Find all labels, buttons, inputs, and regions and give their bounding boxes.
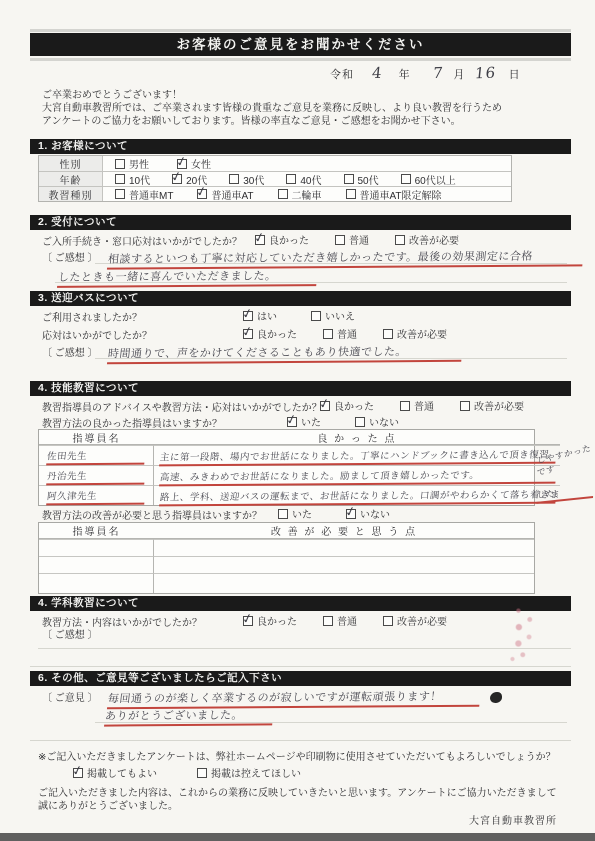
empty-cell [154, 539, 534, 556]
choice-40代: 40代 [286, 172, 321, 187]
good-table-point-header: 良 か っ た 点 [154, 430, 560, 445]
choice-普通車MT: 普通車MT [115, 187, 173, 202]
option-label: 良かった [257, 326, 297, 341]
choice-男性: 男性 [115, 156, 149, 171]
option-label: 良かった [257, 613, 297, 628]
checkbox-icon [335, 235, 345, 245]
instructor-point-cell: 主に第一段階、場内でお世話になりました。丁寧にハンドブックに書き込んで頂き復習 [154, 445, 560, 465]
checkbox-checked-icon [243, 616, 253, 626]
row-label-gender: 性別 [39, 156, 103, 171]
option-label: 良かった [269, 232, 309, 247]
checkbox-icon [278, 189, 288, 199]
reception-comment-row-2: したときも一緒に喜んでいただきました。 [58, 267, 317, 287]
checkbox-icon [278, 509, 288, 519]
smiley-scribble-icon [490, 692, 502, 703]
instructor-name-cell: 丹治先生 [39, 465, 154, 485]
option-label: 60代以上 [415, 172, 456, 187]
option-label: 掲載は控えてほしい [211, 765, 301, 780]
instructor-point-2: 高速、みきわめでお世話になりました。励まして頂き嬉しかったです。 [159, 467, 557, 487]
checkbox-icon [400, 401, 410, 411]
reception-question-row: ご入所手続き・窓口応対はいかがでしたか？ 良かった普通改善が必要 [42, 232, 562, 245]
publish-options: 掲載してもよい掲載は控えてほしい [73, 765, 301, 780]
option-label: 普通車AT限定解除 [360, 187, 442, 202]
scan-shadow-bottom [30, 58, 571, 61]
closing-line-2: 誠にありがとうございました。 [38, 801, 178, 814]
checkbox-icon [401, 174, 411, 184]
academic-comment-label: 〔 ご感想 〕 [42, 630, 98, 643]
course-type-options: 普通車MT普通車AT二輪車普通車AT限定解除 [103, 186, 511, 201]
skill-q3-row: 教習方法の改善が必要と思う指導員はいますか？ いたいない [42, 506, 572, 519]
checkbox-icon [311, 311, 321, 321]
section-academic-heading: 4. 学科教習について [30, 596, 571, 611]
date-month-unit: 月 [453, 69, 465, 81]
date-month-handwritten: 7 [432, 64, 444, 82]
choice-二輪車: 二輪車 [278, 187, 322, 202]
option-label: いない [360, 506, 390, 521]
option-label: 改善が必要 [409, 232, 459, 247]
checkbox-checked-icon [287, 417, 297, 427]
bus-comment-row: 〔 ご感想 〕 時間通りで、声をかけてくださることもあり快適でした。 [42, 343, 462, 363]
writing-rule [30, 666, 571, 667]
choice-10代: 10代 [115, 172, 150, 187]
customer-info-table: 性別 男性女性 年齢 10代20代30代40代50代60代以上 教習種別 普通車… [38, 155, 512, 202]
other-comment-line-2: ありがとうございました。 [104, 706, 274, 726]
option-label: 40代 [300, 172, 321, 187]
checkbox-icon [197, 768, 207, 778]
choice-いた: いた [278, 506, 312, 521]
option-label: 改善が必要 [397, 613, 447, 628]
date-year-handwritten: 4 [371, 64, 383, 82]
skill-q3: 教習方法の改善が必要と思う指導員はいますか？ [42, 511, 262, 522]
skill-q1-options: 良かった普通改善が必要 [320, 398, 524, 413]
checkbox-icon [460, 401, 470, 411]
option-label: いた [292, 506, 312, 521]
instructor-name-cell: 阿久津先生 [39, 485, 154, 505]
choice-はい: はい [243, 308, 277, 323]
skill-q3-options: いたいない [278, 506, 390, 521]
reception-comment-line-2: したときも一緒に喜んでいただきました。 [57, 267, 318, 288]
option-label: 10代 [129, 172, 150, 187]
intro-line-1: ご卒業おめでとうございます！ [42, 90, 182, 103]
choice-良かった: 良かった [255, 232, 309, 247]
checkbox-icon [115, 159, 125, 169]
choice-良かった: 良かった [320, 398, 374, 413]
writing-rule [38, 648, 571, 649]
option-label: 掲載してもよい [87, 765, 157, 780]
skill-q2-options: いたいない [287, 414, 399, 429]
intro-line-2: 大宮自動車教習所では、ご卒業されます皆様の貴重なご意見を業務に反映し、より良い教… [42, 103, 502, 116]
instructor-point-cell: 高速、みきわめでお世話になりました。励まして頂き嬉しかったです。 [154, 465, 560, 485]
bus-comment-label: 〔 ご感想 〕 [42, 348, 98, 359]
section-other-heading: 6. その他、ご意見等ございましたらご記入下さい [30, 671, 571, 686]
option-label: 普通 [337, 613, 357, 628]
good-table-name-header: 指導員名 [39, 430, 154, 445]
choice-普通: 普通 [323, 326, 357, 341]
bus-used-row: ご利用されましたか？ はいいいえ [42, 308, 562, 321]
reception-question: ご入所手続き・窓口応対はいかがでしたか？ [42, 237, 242, 248]
choice-改善が必要: 改善が必要 [383, 613, 447, 628]
choice-良かった: 良かった [243, 613, 297, 628]
handwriting-overflow-notes: しやすかった です した。 [537, 448, 593, 501]
choice-30代: 30代 [229, 172, 264, 187]
choice-改善が必要: 改善が必要 [383, 326, 447, 341]
instructor-name-2: 丹治先生 [46, 468, 146, 486]
checkbox-icon [344, 174, 354, 184]
choice-普通: 普通 [323, 613, 357, 628]
option-label: 普通車MT [129, 187, 173, 202]
academic-question-row: 教習方法・内容はいかがでしたか？ 良かった普通改善が必要 [42, 613, 562, 626]
choice-普通: 普通 [335, 232, 369, 247]
publish-question: ※ご記入いただきましたアンケートは、弊社ホームページや印刷物に使用させていただい… [38, 752, 556, 765]
date-era-label: 令和 [330, 69, 354, 81]
overflow-line-3: した。 [536, 483, 593, 504]
option-label: 30代 [243, 172, 264, 187]
checkbox-icon [383, 329, 393, 339]
date-day-handwritten: 16 [474, 64, 497, 83]
bus-used-question: ご利用されましたか？ [42, 313, 142, 324]
form-title: お客様のご意見をお聞かせください [30, 33, 571, 56]
bus-used-options: はいいいえ [243, 308, 355, 323]
choice-50代: 50代 [344, 172, 379, 187]
checkbox-checked-icon [172, 174, 182, 184]
survey-form-scan: お客様のご意見をお聞かせください 令和 4 年 7 月 16 日 ご卒業おめでと… [0, 0, 595, 841]
academic-question: 教習方法・内容はいかがでしたか？ [42, 618, 202, 629]
empty-cell [39, 573, 154, 593]
section-skill-heading: 4. 技能教習について [30, 381, 571, 396]
section-reception-heading: 2. 受付について [30, 215, 571, 230]
option-label: はい [257, 308, 277, 323]
checkbox-icon [323, 616, 333, 626]
reception-options: 良かった普通改善が必要 [255, 232, 459, 247]
skill-q2-row: 教習方法の良かった指導員はいますか？ いたいない [42, 414, 572, 427]
option-label: 二輪車 [292, 187, 322, 202]
row-label-age: 年齢 [39, 171, 103, 186]
option-label: 良かった [334, 398, 374, 413]
option-label: 普通 [414, 398, 434, 413]
empty-cell [154, 573, 534, 593]
checkbox-icon [395, 235, 405, 245]
choice-いいえ: いいえ [311, 308, 355, 323]
option-label: 50代 [358, 172, 379, 187]
checkbox-checked-icon [177, 159, 187, 169]
bus-service-options: 良かった普通改善が必要 [243, 326, 447, 341]
choice-いた: いた [287, 414, 321, 429]
gender-options: 男性女性 [103, 156, 511, 171]
option-label: 改善が必要 [397, 326, 447, 341]
choice-普通車AT限定解除: 普通車AT限定解除 [346, 187, 442, 202]
improve-instructor-table: 指導員名 改 善 が 必 要 と 思 う 点 [38, 522, 535, 594]
choice-良かった: 良かった [243, 326, 297, 341]
checkbox-icon [355, 417, 365, 427]
empty-cell [39, 539, 154, 556]
instructor-point-cell: 路上、学科、送迎バスの運転まで、お世話になりました。口調がやわらかくて落ち着きま [154, 485, 560, 505]
school-signature: 大宮自動車教習所 [30, 816, 557, 829]
reception-comment-row: 〔 ご感想 〕 相談するといつも丁寧に対応していただき嬉しかったです。最後の効果… [42, 248, 583, 268]
bus-comment: 時間通りで、声をかけてくださることもあり快適でした。 [107, 343, 463, 364]
closing-line-1: ご記入いただきました内容は、これからの業務に反映していきたいと思います。アンケー… [38, 788, 557, 801]
checkbox-checked-icon [346, 509, 356, 519]
improve-table-name-header: 指導員名 [39, 523, 154, 539]
choice-普通: 普通 [400, 398, 434, 413]
improve-table-point-header: 改 善 が 必 要 と 思 う 点 [154, 523, 534, 539]
bus-service-row: 応対はいかがでしたか？ 良かった普通改善が必要 [42, 326, 562, 339]
empty-cell [154, 556, 534, 573]
checkbox-checked-icon [320, 401, 330, 411]
section-customer-heading: 1. お客様について [30, 139, 571, 154]
intro-line-3: アンケートのご協力をお願いしております。皆様の率直なご意見・ご感想をお聞かせ下さ… [42, 116, 461, 129]
choice-いない: いない [355, 414, 399, 429]
checkbox-checked-icon [255, 235, 265, 245]
choice-改善が必要: 改善が必要 [460, 398, 524, 413]
choice-改善が必要: 改善が必要 [395, 232, 459, 247]
date-line: 令和 4 年 7 月 16 日 [330, 64, 570, 82]
option-label: 普通 [337, 326, 357, 341]
choice-女性: 女性 [177, 156, 211, 171]
bus-service-question: 応対はいかがでしたか？ [42, 331, 152, 342]
instructor-name-3: 阿久津先生 [46, 488, 146, 506]
choice-60代以上: 60代以上 [401, 172, 456, 187]
instructor-name-cell: 佐田先生 [39, 445, 154, 465]
writing-rule [95, 722, 567, 723]
option-label: 普通 [349, 232, 369, 247]
checkbox-icon [323, 329, 333, 339]
skill-q1-row: 教習指導員のアドバイスや教習方法・応対はいかがでしたか？ 良かった普通改善が必要 [42, 398, 572, 411]
choice-掲載は控えてほしい: 掲載は控えてほしい [197, 765, 301, 780]
option-label: いた [301, 414, 321, 429]
date-year-unit: 年 [399, 69, 411, 81]
option-label: 普通車AT [211, 187, 253, 202]
checkbox-icon [115, 174, 125, 184]
reception-comment-label: 〔 ご感想 〕 [42, 253, 98, 264]
row-label-course-type: 教習種別 [39, 186, 103, 201]
other-comment-row-2: ありがとうございました。 [105, 706, 273, 726]
section-bus-heading: 3. 送迎バスについて [30, 291, 571, 306]
academic-options: 良かった普通改善が必要 [243, 613, 447, 628]
scan-shadow-top [30, 29, 571, 32]
checkbox-icon [383, 616, 393, 626]
checkbox-checked-icon [73, 768, 83, 778]
age-options: 10代20代30代40代50代60代以上 [103, 171, 511, 186]
checkbox-checked-icon [197, 189, 207, 199]
option-label: いない [369, 414, 399, 429]
skill-q1: 教習指導員のアドバイスや教習方法・応対はいかがでしたか？ [42, 403, 322, 414]
checkbox-icon [115, 189, 125, 199]
checkbox-icon [286, 174, 296, 184]
checkbox-icon [346, 189, 356, 199]
scan-edge [0, 833, 595, 841]
option-label: 女性 [191, 156, 211, 171]
instructor-name-1: 佐田先生 [46, 448, 146, 466]
checkbox-checked-icon [243, 311, 253, 321]
checkbox-icon [229, 174, 239, 184]
choice-普通車AT: 普通車AT [197, 187, 253, 202]
option-label: いいえ [325, 308, 355, 323]
option-label: 男性 [129, 156, 149, 171]
other-comment-label: 〔 ご意見 〕 [42, 693, 98, 704]
writing-rule [30, 740, 571, 741]
empty-cell [39, 556, 154, 573]
checkbox-checked-icon [243, 329, 253, 339]
choice-いない: いない [346, 506, 390, 521]
date-day-unit: 日 [509, 69, 521, 81]
instructor-point-1: 主に第一段階、場内でお世話になりました。丁寧にハンドブックに書き込んで頂き復習 [159, 447, 557, 467]
other-comment-row: 〔 ご意見 〕 毎回通うのが楽しく卒業するのが寂しいですが運転頑張ります！ [42, 688, 502, 708]
instructor-point-3: 路上、学科、送迎バスの運転まで、お世話になりました。口調がやわらかくて落ち着きま [159, 487, 557, 507]
option-label: 改善が必要 [474, 398, 524, 413]
choice-掲載してもよい: 掲載してもよい [73, 765, 157, 780]
good-instructor-table: 指導員名 良 か っ た 点 佐田先生 主に第一段階、場内でお世話になりました。… [38, 429, 535, 506]
